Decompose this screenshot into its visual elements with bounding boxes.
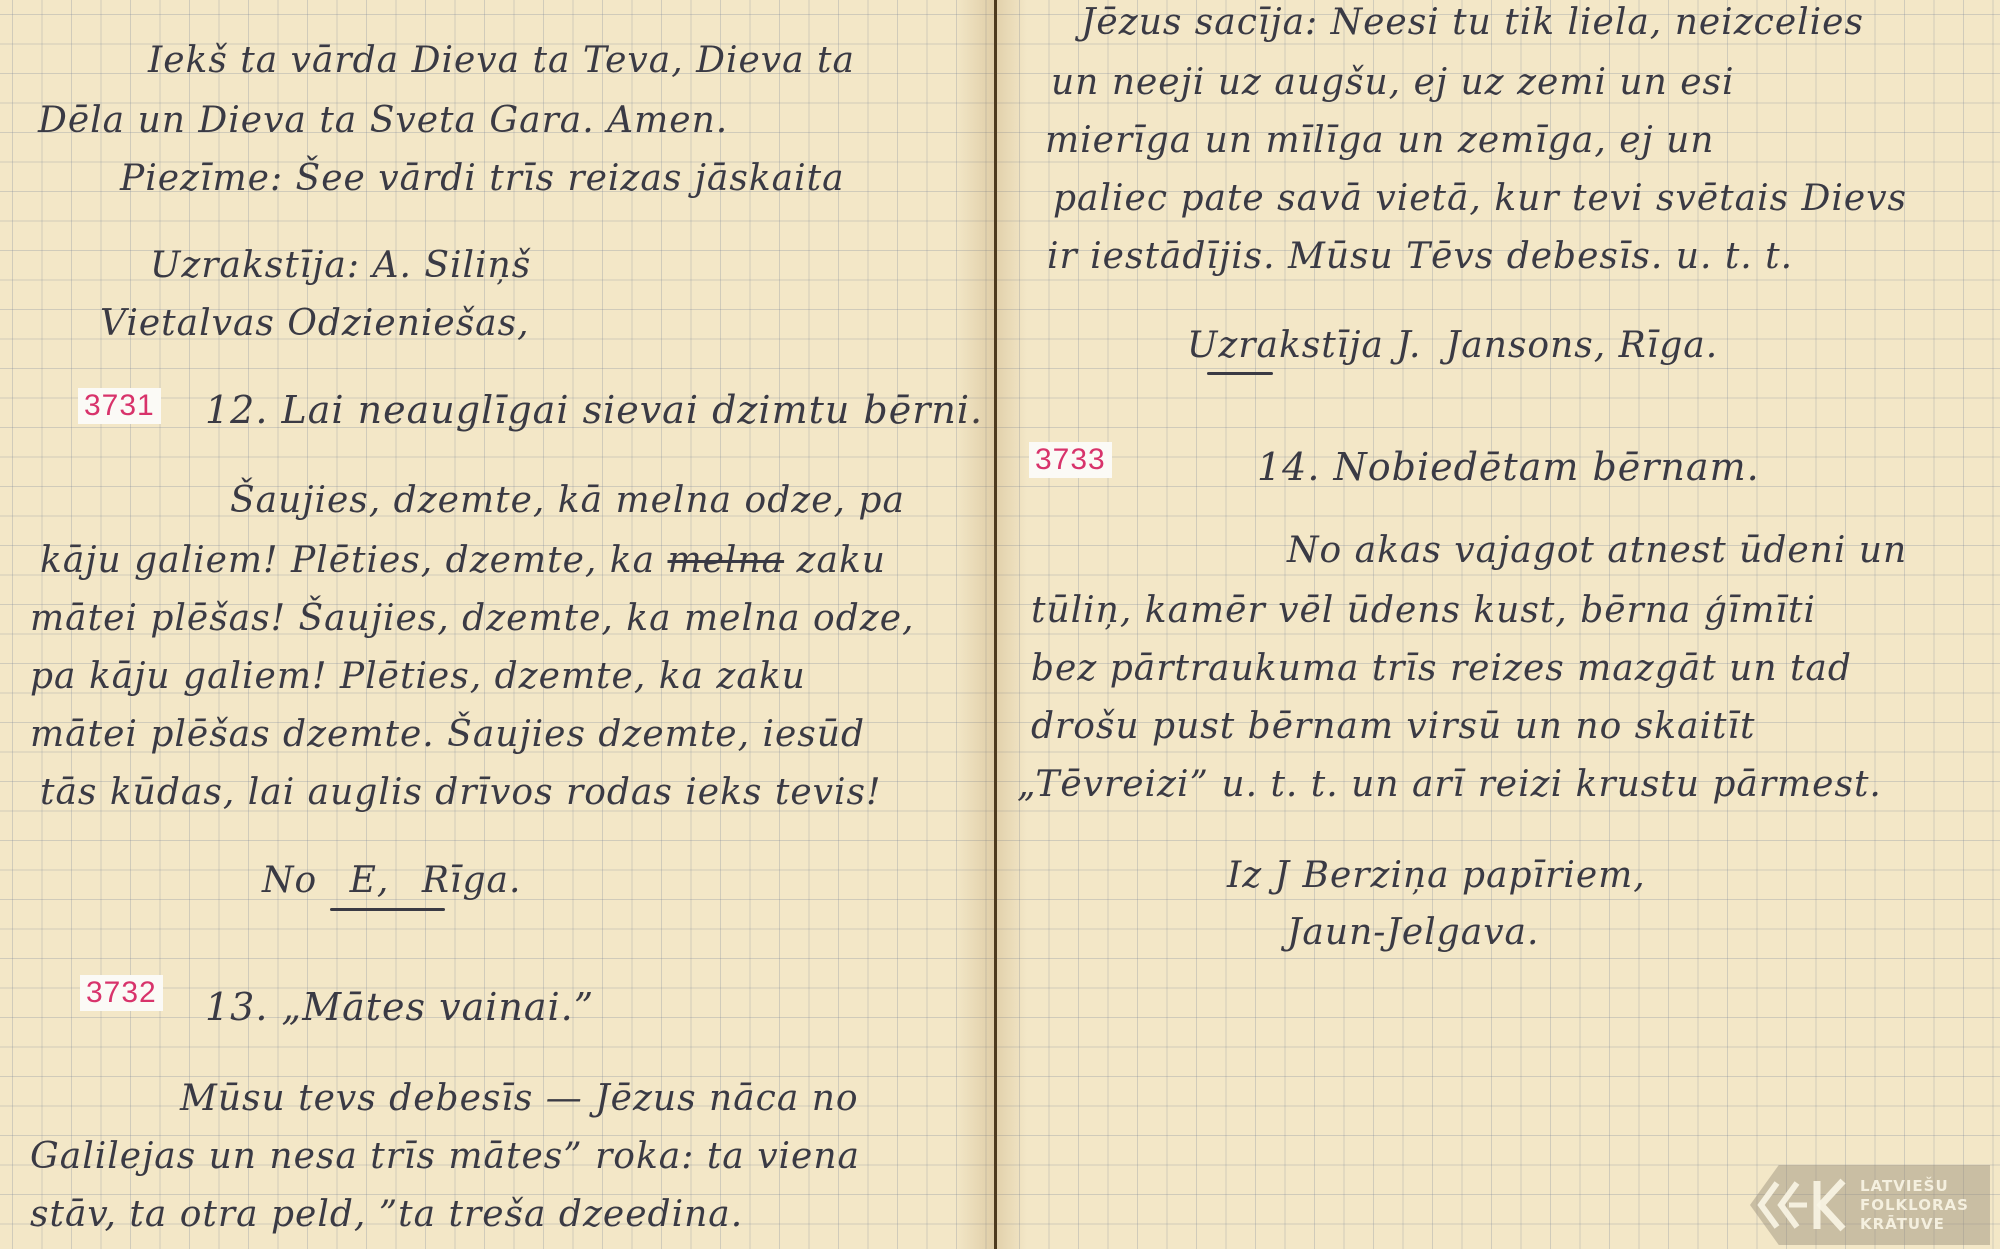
entry-13-line: stāv, ta otra peld, ”ta treša dzeedina. <box>30 1194 743 1235</box>
left-location: Vietalvas Odzieniešas, <box>100 303 530 344</box>
left-page: Iekš ta vārda Dieva ta Teva, Dieva ta Dē… <box>0 0 995 1249</box>
right-line-5: ir iestādījis. Mūsu Tēvs debesīs. u. t. … <box>1047 236 1793 277</box>
entry-14-source-place: Jaun-Jelgava. <box>1287 912 1539 953</box>
entry-14-line: tūliņ, kamēr vēl ūdens kust, bērna ģīmīt… <box>1031 590 1816 631</box>
left-recorder: Uzrakstīja: A. Siliņš <box>150 245 531 286</box>
archive-number-stamp: 3733 <box>1029 442 1112 478</box>
left-line-2: Dēla un Dieva ta Sveta Gara. Amen. <box>38 100 728 141</box>
struck-word: melna <box>667 540 784 581</box>
entry-14-line: „Tēvreizi” u. t. t. un arī reizi krustu … <box>1017 764 1882 805</box>
entry-12-line: mātei plēšas dzemte. Šaujies dzemte, ies… <box>30 714 865 755</box>
entry-13-line: Galilejas un nesa trīs mātes” roka: ta v… <box>30 1136 860 1177</box>
right-line-2: un neeji uz augšu, ej uz zemi un esi <box>1051 62 1735 103</box>
entry-12-title: 12. Lai neauglīgai sievai dzimtu bērni. <box>205 388 983 432</box>
right-line-1: Jēzus sacīja: Neesi tu tik liela, neizce… <box>1081 2 1864 43</box>
logo-text: LATVIEŠU FOLKLORAS KRĀTUVE <box>1860 1177 1969 1234</box>
archive-number-stamp: 3732 <box>80 975 163 1011</box>
folklore-archive-logo: LATVIEŠU FOLKLORAS KRĀTUVE <box>1750 1165 1990 1245</box>
right-line-4: paliec pate savā vietā, kur tevi svētais… <box>1053 178 1907 219</box>
notebook-spread: Iekš ta vārda Dieva ta Teva, Dieva ta Dē… <box>0 0 2000 1249</box>
archive-number-stamp: 3731 <box>78 388 161 424</box>
left-line-1: Iekš ta vārda Dieva ta Teva, Dieva ta <box>148 40 855 81</box>
entry-12-line: kāju galiem! Plēties, dzemte, ka melna z… <box>40 540 886 581</box>
underline-mark <box>330 908 445 911</box>
left-note: Piezīme: Šee vārdi trīs reizas jāskaita <box>120 158 845 199</box>
entry-12-line: pa kāju galiem! Plēties, dzemte, ka zaku <box>30 656 806 697</box>
underline-mark <box>1207 372 1273 375</box>
entry-12-line: mātei plēšas! Šaujies, dzemte, ka melna … <box>30 598 914 639</box>
entry-12-line: tās kūdas, lai auglis drīvos rodas ieks … <box>40 772 881 813</box>
entry-14-line: No akas vajagot atnest ūdeni un <box>1287 530 1907 571</box>
entry-14-line: drošu pust bērnam virsū un no skaitīt <box>1031 706 1755 747</box>
right-signature: Uzrakstīja J. Jansons, Rīga. <box>1187 325 1718 366</box>
entry-14-title: 14. Nobiedētam bērnam. <box>1257 445 1760 489</box>
entry-13-line: Mūsu tevs debesīs — Jēzus nāca no <box>180 1078 859 1119</box>
entry-14-source: Iz J Berziņa papīriem, <box>1227 855 1646 896</box>
entry-12-source: No E, Rīga. <box>262 860 521 901</box>
entry-14-line: bez pārtraukuma trīs reizes mazgāt un ta… <box>1031 648 1852 689</box>
entry-12-line: Šaujies, dzemte, kā melna odze, pa <box>230 480 905 521</box>
entry-13-title: 13. „Mātes vainai.” <box>205 985 594 1029</box>
right-page: Jēzus sacīja: Neesi tu tik liela, neizce… <box>997 0 2000 1249</box>
right-line-3: mierīga un mīlīga un zemīga, ej un <box>1045 120 1714 161</box>
